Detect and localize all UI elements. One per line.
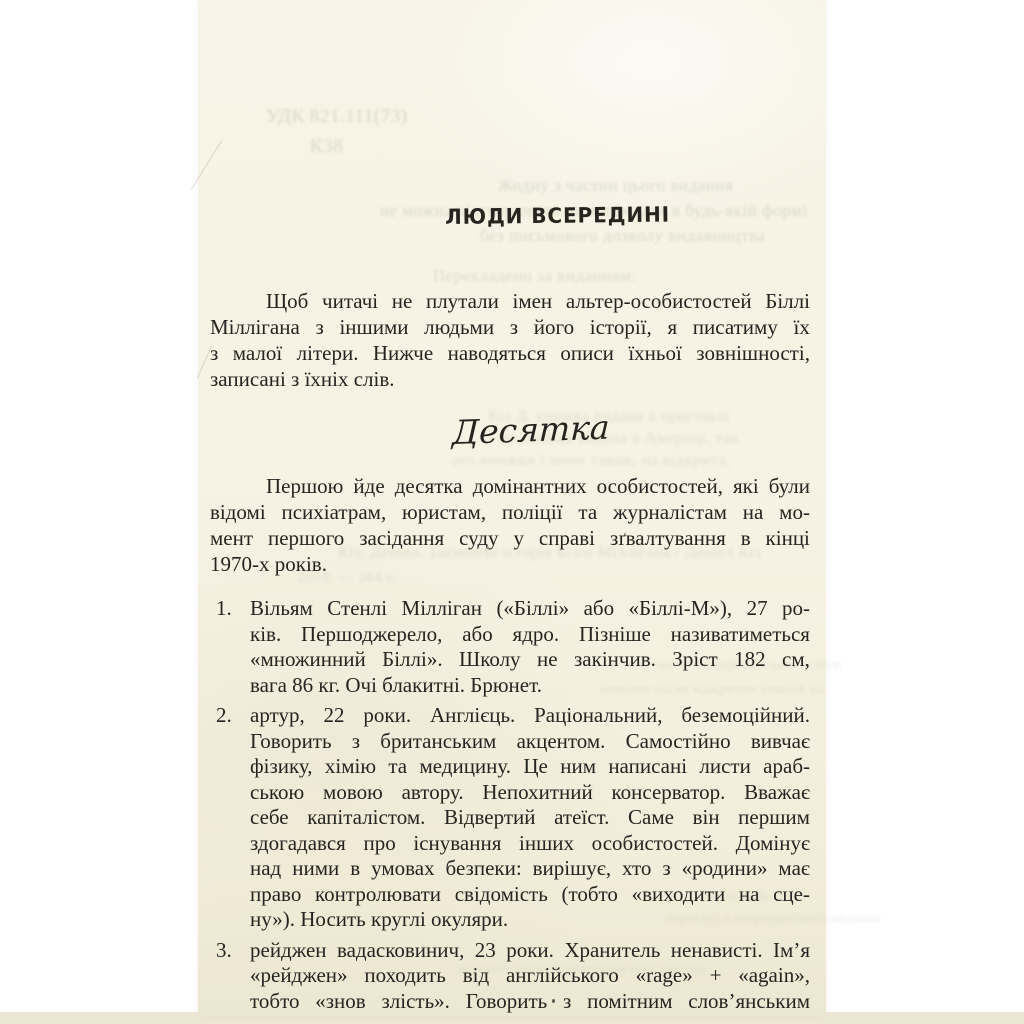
personality-item: 2.артур,22роки.Англієць.Раціональний,без… xyxy=(210,703,810,933)
text-line: наднимивумовахбезпеки:вирішує,хтоз«родин… xyxy=(250,856,810,882)
bleedthrough-text: Жодну з частин цього видання xyxy=(498,176,733,196)
text-line: Мілліганазіншимилюдьмизйогоісторії,яписа… xyxy=(210,314,810,340)
text-line: відоміпсихіатрам,юристам,поліціїтажурнал… xyxy=(210,499,810,525)
section-intro-paragraph: Першоюйдедесяткадомінантнихособистостей,… xyxy=(210,473,810,577)
text-line: Щобчитачінеплуталиіменальтер-особистосте… xyxy=(210,288,810,314)
text-line: 1970-х років. xyxy=(210,551,810,577)
text-line: рейдженвадасковинич,23роки.Хранительнена… xyxy=(250,938,810,964)
bleedthrough-text: К38 xyxy=(310,136,343,158)
text-line: «множиннийБіллі».Школунезакінчив.Зріст18… xyxy=(250,647,810,673)
list-item-number: 3. xyxy=(216,938,232,964)
text-line: Говоритьзбританськимакцентом.Самостійнов… xyxy=(250,729,810,755)
text-line: записані з їхніх слів. xyxy=(210,366,810,392)
paper-scratch xyxy=(191,140,223,190)
personality-item: 3.рейдженвадасковинич,23роки.Хранительне… xyxy=(210,938,810,1015)
text-line: Першоюйдедесяткадомінантнихособистостей,… xyxy=(210,473,810,499)
text-line: ну»). Носить круглі окуляри. xyxy=(250,907,810,933)
text-line: змалоїлітери.Нижченаводятьсяописиїхньоїз… xyxy=(210,340,810,366)
intro-paragraph: Щобчитачінеплуталиіменальтер-особистосте… xyxy=(210,288,810,392)
text-line: правоконтролюватисвідомість(тобто«виходи… xyxy=(250,882,810,908)
text-line: артур,22роки.Англієць.Раціональний,безем… xyxy=(250,703,810,729)
text-line: «рейджен»походитьвіданглійського«rage»+«… xyxy=(250,963,810,989)
bleedthrough-text: без письмового дозволу видавництва xyxy=(480,226,765,246)
text-line: тобто«зновзлість».Говоритьзпомітнимслов’… xyxy=(250,989,810,1015)
bleedthrough-text: УДК 821.111(73) xyxy=(266,106,407,128)
bleedthrough-text: Перекладено за виданням: xyxy=(433,266,637,286)
text-line: ВільямСтенліМілліган(«Біллі»або«Біллі-М»… xyxy=(250,596,810,622)
bleedthrough-text: его книжки і мине також, на відкрита, xyxy=(453,452,730,470)
section-heading: Десятка xyxy=(452,408,593,452)
personality-item: 1.ВільямСтенліМілліган(«Біллі»або«Біллі-… xyxy=(210,596,810,698)
book-page: УДК 821.111(73)К38Жодну з частин цього в… xyxy=(198,0,826,1016)
text-line: здогадавсяпроіснуванняіншихособистостей.… xyxy=(250,831,810,857)
text-line: фізику,хіміютамедицину.Ценимнаписанілист… xyxy=(250,754,810,780)
text-line: себекапіталістом.Відвертийатеїст.Самевін… xyxy=(250,805,810,831)
text-line: ськоюмовоюавтору.Непохитнийконсерватор.В… xyxy=(250,780,810,806)
text-line: ків.Першоджерело,абоядро.Пізнішеназивати… xyxy=(250,622,810,648)
list-item-number: 2. xyxy=(216,703,232,729)
page-title: ЛЮДИ ВСЕРЕДИНІ xyxy=(445,203,635,229)
text-line: ментпершогозасіданнясудуусправізґвалтува… xyxy=(210,525,810,551)
text-line: вага 86 кг. Очі блакитні. Брюнет. xyxy=(250,673,810,699)
personality-list: 1.ВільямСтенліМілліган(«Біллі»або«Біллі-… xyxy=(210,596,810,1019)
scanned-book-page: УДК 821.111(73)К38Жодну з частин цього в… xyxy=(0,0,1024,1024)
list-item-number: 1. xyxy=(216,596,232,622)
